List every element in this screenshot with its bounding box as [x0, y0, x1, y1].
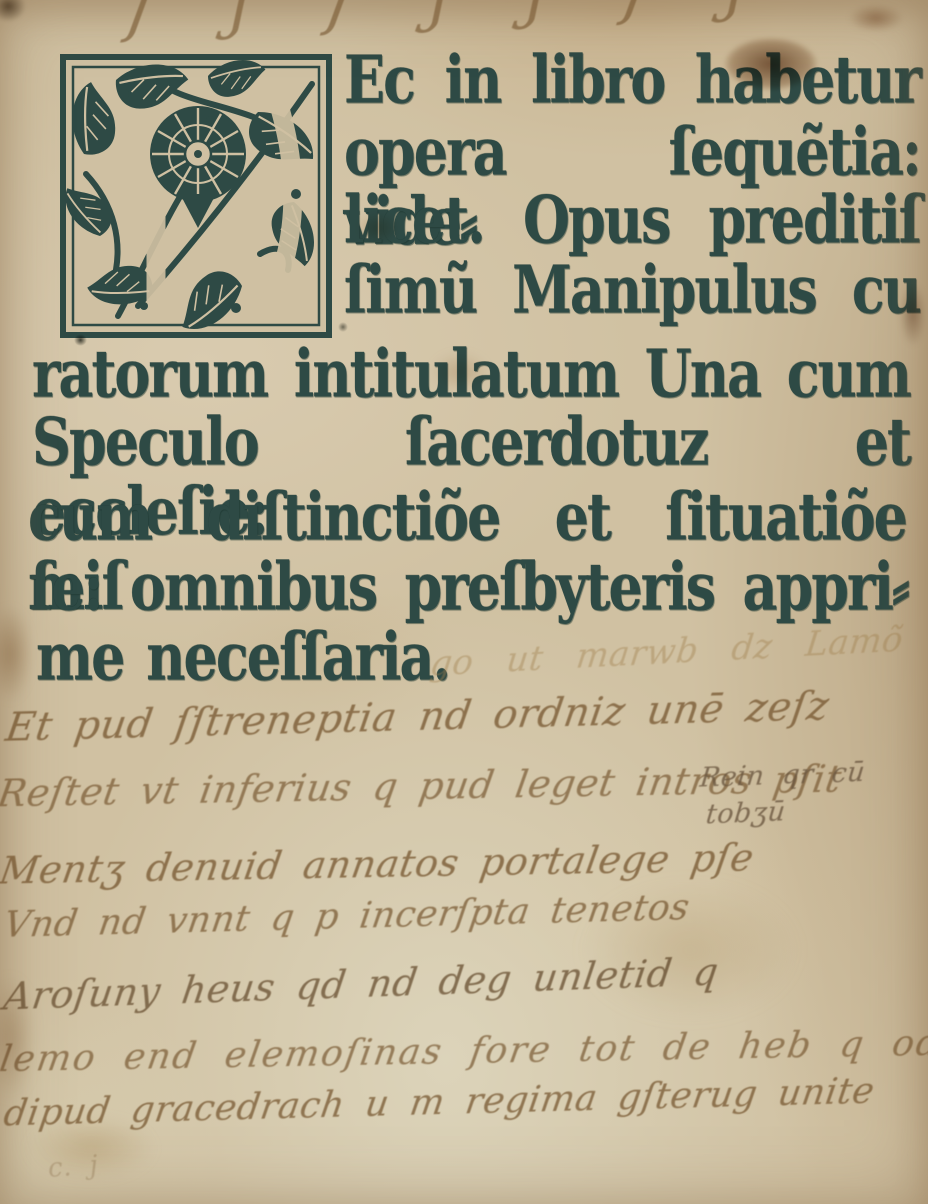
marginalia-line: Mentʒ denuid annatos portalege pſe: [0, 835, 757, 892]
printed-line: ratorum intitulatum Una cum: [32, 339, 910, 408]
marginalia-margin-note: Rein qr cū: [698, 757, 866, 794]
printed-line: me neceſſaria.: [36, 622, 449, 691]
marginalia-margin-note: tobʒū: [704, 797, 787, 831]
printed-line: ſimũ Manipulus cu: [344, 255, 920, 324]
printed-line: Ec in libro habetur: [344, 45, 920, 114]
floral-initial-icon: [60, 54, 332, 338]
marginalia-line: lemo end elemoſinas fore tot de heb q od…: [0, 1021, 928, 1080]
book-page: ſ ʃ ſ ʃ ʃ ſ ʃ: [0, 0, 928, 1204]
printed-line: licet. Opus preditiſ: [344, 185, 920, 254]
marginalia-inline-note: go ut marwb dz Lamõ: [428, 619, 906, 684]
marginalia-line: Vnd nd vnnt q p incerſpta tenetos: [1, 887, 692, 946]
woodcut-initial: [60, 54, 332, 338]
marginalia-corner-mark: c. j: [47, 1150, 99, 1183]
marginalia-line: Aroſuny heus qd nd deg unletid q: [1, 949, 721, 1018]
stain-corner-top-left: [0, 0, 26, 22]
marginalia-line: dipud gracedrach u m regima gſterug unit…: [1, 1071, 877, 1135]
stain-top-right: [848, 4, 904, 32]
printed-line: ſe: omnibus preſbyteris appri⸗: [30, 552, 908, 621]
marginalia-top-trimmed: ſ ʃ ſ ʃ ʃ ſ ʃ: [124, 0, 754, 45]
